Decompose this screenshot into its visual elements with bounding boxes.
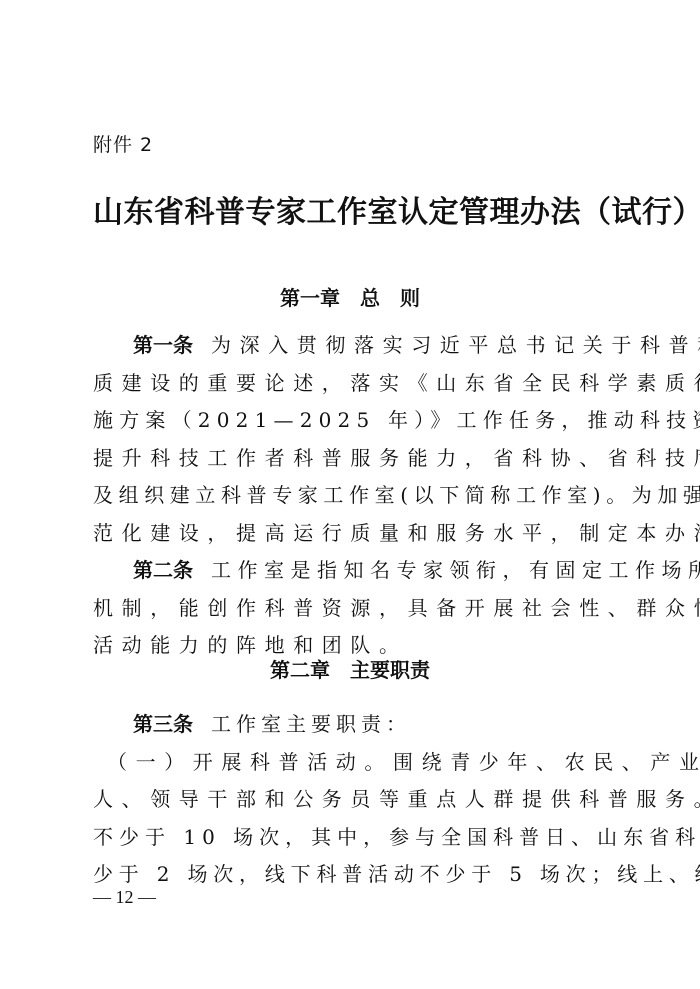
item-1-line-2: 人、领导干部和公务员等重点人群提供科普服务。年度科普活动 <box>93 781 617 819</box>
page-number: — 12 — <box>93 886 156 908</box>
item-1-line-3: 不少于 10 场次，其中，参与全国科普日、山东省科技周活动不 <box>93 819 617 857</box>
chapter-1-body: 第一条为深入贯彻落实习近平总书记关于科普和科学素 质建设的重要论述，落实《山东省… <box>93 327 617 665</box>
article-1-line-5: 及组织建立科普专家工作室(以下简称工作室)。为加强工作室规 <box>93 477 617 515</box>
article-text: 为深入贯彻落实习近平总书记关于科普和科学素 <box>211 333 700 357</box>
article-2-line-1: 第二条工作室是指知名专家领衔，有固定工作场所和工作 <box>93 552 617 590</box>
chapter-2-title: 第二章 主要职责 <box>0 656 700 684</box>
article-3-line-1: 第三条工作室主要职责： <box>93 706 617 744</box>
article-text: 工作室主要职责： <box>211 712 411 736</box>
chapter-1-title: 第一章 总 则 <box>0 284 700 312</box>
article-2-line-2: 机制，能创作科普资源，具备开展社会性、群众性、经常性科普 <box>93 590 617 628</box>
document-title: 山东省科普专家工作室认定管理办法（试行） <box>93 193 633 233</box>
article-1-line-3: 施方案（2021—2025 年）》工作任务，推动科技资源科普化， <box>93 402 617 440</box>
article-number: 第一条 <box>133 333 193 357</box>
article-text: 工作室是指知名专家领衔，有固定工作场所和工作 <box>211 558 700 582</box>
attachment-label: 附件 2 <box>93 133 153 157</box>
article-number: 第二条 <box>133 558 193 582</box>
item-1-line-4: 少于 2 场次，线下科普活动不少于 5 场次；线上、线下科普活动 <box>93 856 617 894</box>
article-number: 第三条 <box>133 712 193 736</box>
article-1-line-6: 范化建设，提高运行质量和服务水平，制定本办法。 <box>93 515 617 553</box>
article-1-line-1: 第一条为深入贯彻落实习近平总书记关于科普和科学素 <box>93 327 617 365</box>
item-1-line-1: （一）开展科普活动。围绕青少年、农民、产业工人、老年 <box>93 744 617 782</box>
article-1-line-4: 提升科技工作者科普服务能力，省科协、省科技厅支持相关单位 <box>93 440 617 478</box>
document-page: 附件 2 山东省科普专家工作室认定管理办法（试行） 第一章 总 则 第一条为深入… <box>0 0 700 989</box>
chapter-2-body: 第三条工作室主要职责： （一）开展科普活动。围绕青少年、农民、产业工人、老年 人… <box>93 706 617 894</box>
article-1-line-2: 质建设的重要论述，落实《山东省全民科学素质行动规划纲要实 <box>93 365 617 403</box>
